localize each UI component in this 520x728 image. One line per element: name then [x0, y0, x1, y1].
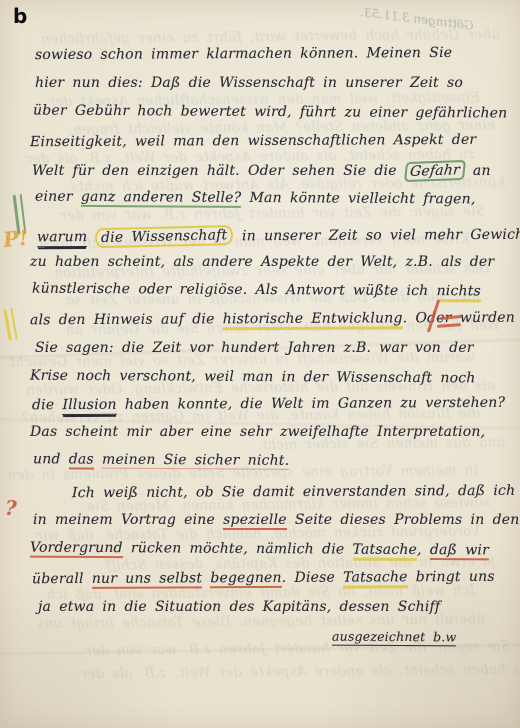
insertion-stroke [437, 323, 461, 327]
insertion-stroke [440, 315, 462, 320]
red-question-mark: ? [5, 498, 17, 518]
orange-p-exclamation-mark: P! [2, 227, 29, 250]
insertion-stroke [427, 299, 440, 332]
red-insertion-mark [426, 299, 468, 339]
letter-page: über Gebühr hoch bewertet wird, führt zu… [0, 0, 520, 728]
margin-bar-stroke [10, 308, 18, 340]
annotation-layer: P!? [0, 0, 520, 728]
yellow-double-bar-mark [3, 307, 22, 341]
